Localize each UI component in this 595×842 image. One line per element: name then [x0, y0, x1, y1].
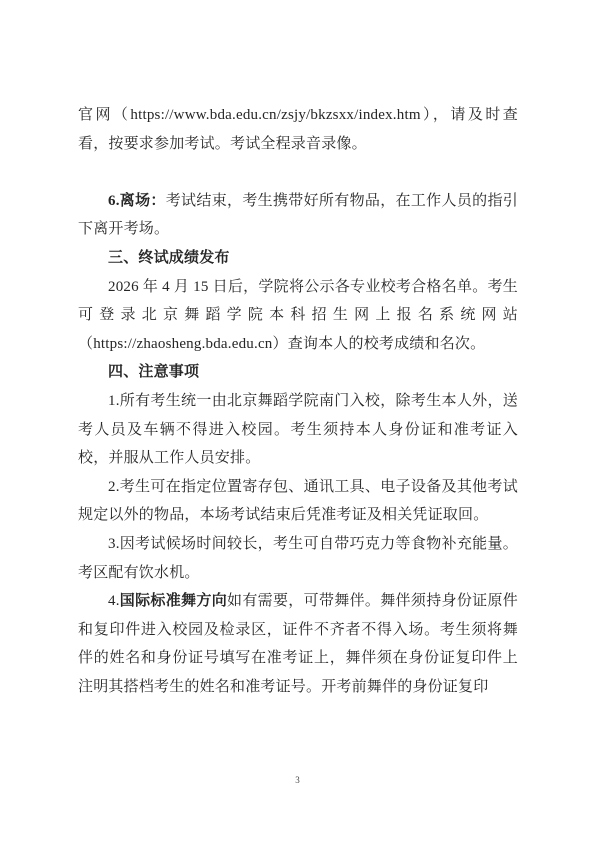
paragraph-note-4-ballroom-partner: 4.国际标准舞方向如有需要，可带舞伴。舞伴须持身份证原件和复印件进入校园及检录区…	[78, 587, 518, 701]
text-run: 4.	[108, 593, 120, 609]
document-page: 官网（https://www.bda.edu.cn/zsjy/bkzsxx/in…	[0, 0, 595, 842]
text-run: 1.所有考生统一由北京舞蹈学院南门入校，除考生本人外，送考人员及车辆不得进入校园…	[78, 393, 518, 466]
paragraph-website-notice: 官网（https://www.bda.edu.cn/zsjy/bkzsxx/in…	[78, 101, 518, 158]
text-run: 2026 年 4 月 15 日后，学院将公示各专业校考合格名单。考生可登录北京舞…	[78, 279, 518, 352]
heading-text: 三、终试成绩发布	[108, 250, 230, 266]
text-run: 官网（https://www.bda.edu.cn/zsjy/bkzsxx/in…	[78, 107, 518, 152]
heading-text: 四、注意事项	[108, 364, 199, 380]
section-heading-final-results: 三、终试成绩发布	[78, 244, 518, 273]
paragraph-note-3-food: 3.因考试候场时间较长，考生可自带巧克力等食物补充能量。考区配有饮水机。	[78, 530, 518, 587]
section-heading-notes: 四、注意事项	[78, 358, 518, 387]
paragraph-leaving-exam: 6.离场：考试结束，考生携带好所有物品，在工作人员的指引下离开考场。	[78, 187, 518, 244]
text-run-bold: 6.离场：	[108, 193, 166, 209]
paragraph-note-2-storage: 2.考生可在指定位置寄存包、通讯工具、电子设备及其他考试规定以外的物品，本场考试…	[78, 473, 518, 530]
document-content: 官网（https://www.bda.edu.cn/zsjy/bkzsxx/in…	[78, 101, 518, 701]
page-number: 3	[0, 774, 595, 786]
text-run: 2.考生可在指定位置寄存包、通讯工具、电子设备及其他考试规定以外的物品，本场考试…	[78, 479, 518, 524]
paragraph-results-release: 2026 年 4 月 15 日后，学院将公示各专业校考合格名单。考生可登录北京舞…	[78, 273, 518, 359]
text-run-bold: 国际标准舞方向	[120, 593, 227, 609]
paragraph-note-1-entry: 1.所有考生统一由北京舞蹈学院南门入校，除考生本人外，送考人员及车辆不得进入校园…	[78, 387, 518, 473]
text-run: 3.因考试候场时间较长，考生可自带巧克力等食物补充能量。考区配有饮水机。	[78, 536, 518, 581]
